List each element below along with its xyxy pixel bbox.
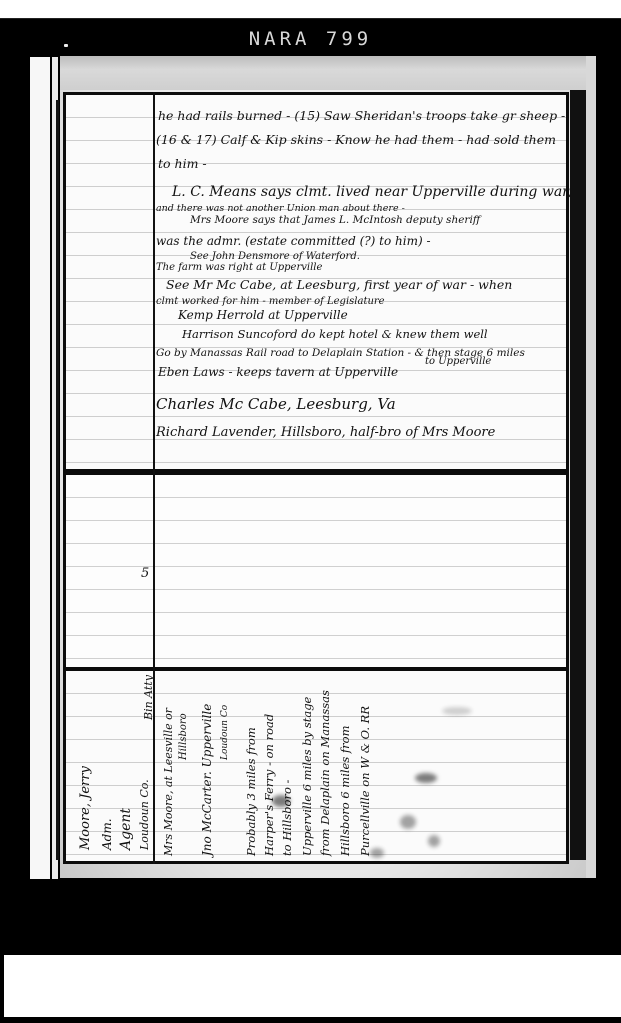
- handwritten-line: Harrison Suncoford do kept hotel & knew …: [182, 327, 488, 341]
- microfilm-frame-label: NARA 799: [0, 28, 621, 50]
- rotated-line: Harper's Ferry - on road: [262, 714, 276, 856]
- margin-column-rule: [153, 92, 155, 864]
- rotated-line: to Hillsboro -: [280, 780, 294, 856]
- handwritten-line: Eben Laws - keeps tavern at Upperville: [158, 365, 398, 379]
- page-right-edge: [586, 56, 596, 878]
- handwritten-line: L. C. Means says clmt. lived near Upperv…: [172, 184, 572, 200]
- rotated-line: Hillsboro 6 miles from: [338, 725, 352, 856]
- handwritten-line: Charles Mc Cabe, Leesburg, Va: [156, 395, 396, 413]
- ink-stain: [400, 815, 416, 829]
- handwritten-line: (16 & 17) Calf & Kip skins - Know he had…: [156, 132, 556, 147]
- rotated-line: Agent: [118, 808, 134, 850]
- handwritten-line: to Upperville: [425, 356, 491, 367]
- handwritten-line: Kemp Herrold at Upperville: [178, 308, 348, 322]
- ink-stain: [442, 707, 472, 715]
- ink-stain: [272, 795, 290, 807]
- handwritten-line: clmt worked for him - member of Legislat…: [156, 296, 385, 307]
- rotated-line: Jno McCarter. Upperville: [200, 704, 214, 856]
- rotated-line: Moore, Jerry: [78, 766, 93, 850]
- binding-rule: [56, 100, 59, 860]
- handwritten-line: he had rails burned - (15) Saw Sheridan'…: [158, 108, 565, 123]
- handwritten-line: The farm was right at Upperville: [156, 262, 322, 273]
- margin-mark: 5: [141, 566, 149, 581]
- ink-stain: [370, 848, 384, 858]
- rotated-line: Probably 3 miles from: [244, 727, 258, 856]
- rotated-line: Purcellville on W & O. RR: [358, 706, 372, 856]
- rotated-line: Mrs Moore, at Leesville or: [162, 708, 175, 856]
- ink-stain: [428, 835, 440, 847]
- rotated-line: Loudoun Co: [220, 705, 230, 760]
- binding-strip: [30, 57, 50, 879]
- rotated-line: Hillsboro: [178, 713, 189, 760]
- top-white-strip: [0, 0, 621, 19]
- rotated-line: Adm.: [100, 818, 114, 850]
- handwritten-line: Richard Lavender, Hillsboro, half-bro of…: [156, 425, 495, 440]
- sheet-top-band: [60, 56, 592, 90]
- handwritten-line: was the admr. (estate committed (?) to h…: [156, 234, 431, 248]
- handwritten-line: to him -: [158, 156, 207, 171]
- bottom-white-strip: [4, 955, 621, 1017]
- ink-stain: [415, 773, 437, 783]
- handwritten-line: See John Densmore of Waterford.: [190, 251, 360, 262]
- handwritten-line: See Mr Mc Cabe, at Leesburg, first year …: [166, 277, 512, 292]
- middle-ledger-panel: [63, 472, 569, 670]
- rotated-line: Bin Atty: [142, 675, 155, 720]
- rotated-line: Upperville 6 miles by stage: [300, 697, 314, 856]
- handwritten-line: and there was not another Union man abou…: [156, 203, 405, 214]
- rotated-line: from Delaplain on Manassas: [318, 690, 332, 856]
- rotated-line: Loudoun Co.: [138, 779, 151, 850]
- film-speck: [64, 44, 68, 47]
- page-right-shadow: [570, 90, 586, 860]
- handwritten-line: Mrs Moore says that James L. McIntosh de…: [190, 214, 480, 226]
